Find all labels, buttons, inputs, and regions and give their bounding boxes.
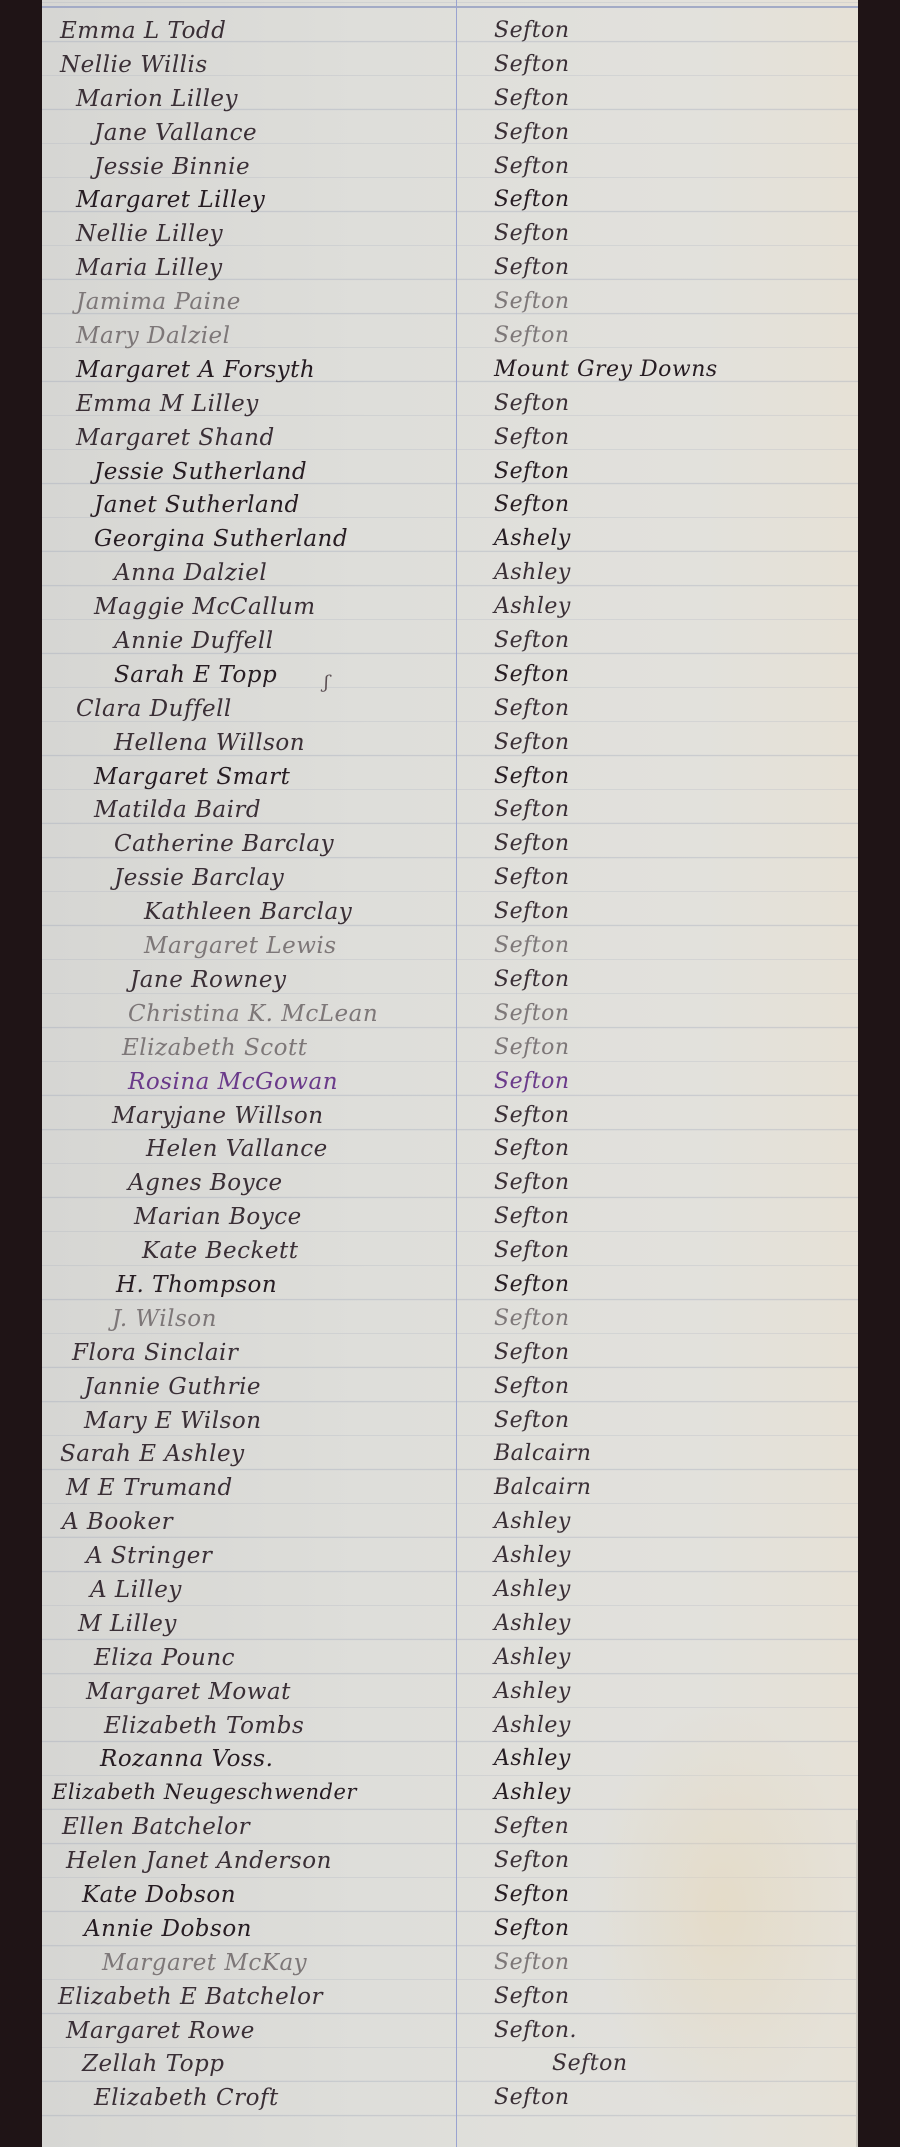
entry-name: Sarah E Ashley [60, 1441, 440, 1467]
entry-row: Georgina SutherlandAshely [42, 522, 858, 556]
entry-place: Ashley [494, 1577, 814, 1602]
entry-row: Emma M LilleySefton [42, 387, 858, 421]
entry-name: Margaret Mowat [86, 1679, 466, 1705]
entry-place: Sefton [494, 1272, 814, 1297]
entry-name: J. Wilson [112, 1306, 492, 1332]
entry-name: A Booker [62, 1509, 442, 1535]
entry-name: A Stringer [86, 1543, 466, 1569]
entry-name: M Lilley [78, 1611, 458, 1637]
entry-name: Kate Beckett [142, 1238, 522, 1264]
entry-row: Kate BeckettSefton [42, 1234, 858, 1268]
entry-place: Sefton [494, 86, 814, 111]
entry-place: Sefton [494, 1340, 814, 1365]
entry-row: Mary DalzielSefton [42, 319, 858, 353]
entry-place: Sefton [494, 1204, 814, 1229]
entry-name: Mary E Wilson [84, 1408, 464, 1434]
entry-name: Elizabeth Neugeschwender [52, 1780, 432, 1804]
entry-place: Sefton [494, 1069, 814, 1094]
entry-place: Sefton [494, 221, 814, 246]
entry-place: Sefton [494, 1950, 814, 1975]
entry-place: Sefton [494, 628, 814, 653]
entry-row: Zellah ToppSefton [42, 2047, 858, 2081]
entry-row: Christina K. McLeanSefton [42, 997, 858, 1031]
entry-place: Mount Grey Downs [494, 357, 814, 382]
entry-place: Sefton [494, 1374, 814, 1399]
entry-row: Elizabeth CroftSefton [42, 2081, 858, 2115]
entry-place: Sefton [494, 1170, 814, 1195]
entry-place: Sefton [494, 797, 814, 822]
entry-row: Elizabeth TombsAshley [42, 1709, 858, 1743]
entry-place: Ashley [494, 1645, 814, 1670]
entry-place: Sefton [494, 52, 814, 77]
entry-name: Jessie Binnie [94, 154, 474, 180]
entry-place: Sefton [494, 2085, 814, 2110]
entry-row: Jane VallanceSefton [42, 116, 858, 150]
entry-row: Ellen BatchelorSeften [42, 1810, 858, 1844]
entry-row: Nellie WillisSefton [42, 48, 858, 82]
entry-place: Sefton [494, 323, 814, 348]
entry-row: Jane RowneySefton [42, 963, 858, 997]
entry-name: Nellie Lilley [76, 221, 456, 247]
entry-row: Nellie LilleySefton [42, 217, 858, 251]
entry-name: Jamima Paine [76, 289, 456, 315]
entry-place: Sefton [494, 967, 814, 992]
entry-name: Margaret Rowe [66, 2018, 446, 2044]
entry-place: Sefton [494, 289, 814, 314]
entry-place: Ashley [494, 1746, 814, 1771]
top-rule-line [42, 6, 858, 8]
entry-name: A Lilley [90, 1577, 470, 1603]
entry-row: Marion LilleySefton [42, 82, 858, 116]
entry-name: Elizabeth E Batchelor [58, 1984, 438, 2010]
entry-name: Margaret McKay [102, 1950, 482, 1976]
register-page: ʃ Emma L ToddSefton Nellie WillisSefton … [42, 0, 858, 2147]
entry-name: Zellah Topp [82, 2051, 462, 2077]
entry-name: Helen Janet Anderson [66, 1848, 446, 1874]
entry-row: Margaret LilleySefton [42, 183, 858, 217]
entry-place: Ashley [494, 1780, 814, 1805]
entry-name: H. Thompson [116, 1272, 496, 1298]
entry-name: Eliza Pounc [94, 1645, 474, 1671]
entry-list: Emma L ToddSefton Nellie WillisSefton Ma… [42, 14, 858, 2115]
entry-row: Emma L ToddSefton [42, 14, 858, 48]
entry-place: Sefton [494, 1848, 814, 1873]
entry-row: Hellena WillsonSefton [42, 726, 858, 760]
entry-name: Elizabeth Tombs [104, 1713, 484, 1739]
entry-place: Ashely [494, 526, 814, 551]
entry-row: J. WilsonSefton [42, 1302, 858, 1336]
entry-name: Maria Lilley [76, 255, 456, 281]
entry-name: Margaret Shand [76, 425, 456, 451]
entry-row: Marian BoyceSefton [42, 1200, 858, 1234]
entry-name: Christina K. McLean [128, 1001, 508, 1027]
entry-place: Sefton [494, 154, 814, 179]
entry-name: Elizabeth Scott [122, 1035, 502, 1061]
entry-row: Maria LilleySefton [42, 251, 858, 285]
entry-row: Elizabeth E BatchelorSefton [42, 1980, 858, 2014]
entry-row: Jessie BarclaySefton [42, 861, 858, 895]
entry-row: H. ThompsonSefton [42, 1268, 858, 1302]
entry-row: Margaret LewisSefton [42, 929, 858, 963]
entry-name: Jessie Sutherland [94, 459, 474, 485]
entry-row: Jessie SutherlandSefton [42, 455, 858, 489]
entry-place: Sefton [494, 899, 814, 924]
entry-place: Sefton [552, 2051, 872, 2076]
entry-row: M LilleyAshley [42, 1607, 858, 1641]
entry-place: Sefton [494, 1916, 814, 1941]
entry-place: Sefton [494, 425, 814, 450]
entry-name: Hellena Willson [114, 730, 494, 756]
entry-name: M E Trumand [66, 1475, 446, 1501]
entry-row: Elizabeth ScottSefton [42, 1031, 858, 1065]
entry-row: Margaret SmartSefton [42, 760, 858, 794]
entry-name: Ellen Batchelor [62, 1814, 442, 1840]
entry-place: Sefton [494, 492, 814, 517]
entry-place: Sefton [494, 1103, 814, 1128]
entry-row: Helen Janet AndersonSefton [42, 1844, 858, 1878]
entry-name: Maryjane Willson [112, 1103, 492, 1129]
entry-place: Balcairn [494, 1475, 814, 1500]
entry-name: Sarah E Topp [114, 662, 494, 688]
entry-name: Catherine Barclay [114, 831, 494, 857]
entry-row: Flora SinclairSefton [42, 1336, 858, 1370]
entry-row: Jamima PaineSefton [42, 285, 858, 319]
entry-place: Sefton. [494, 2018, 814, 2043]
entry-row: Maggie McCallumAshley [42, 590, 858, 624]
entry-name: Anna Dalziel [114, 560, 494, 586]
entry-row: Margaret ShandSefton [42, 421, 858, 455]
entry-name: Margaret Lewis [144, 933, 524, 959]
entry-name: Nellie Willis [60, 52, 440, 78]
entry-place: Sefton [494, 1306, 814, 1331]
entry-place: Sefton [494, 1136, 814, 1161]
entry-place: Balcairn [494, 1441, 814, 1466]
entry-row: Kate DobsonSefton [42, 1878, 858, 1912]
entry-place: Ashley [494, 1543, 814, 1568]
entry-row: Elizabeth NeugeschwenderAshley [42, 1776, 858, 1810]
entry-name: Margaret Lilley [76, 187, 456, 213]
entry-place: Sefton [494, 730, 814, 755]
entry-name: Kate Dobson [82, 1882, 462, 1908]
entry-name: Flora Sinclair [72, 1340, 452, 1366]
entry-place: Seften [494, 1814, 814, 1839]
entry-row: Annie DuffellSefton [42, 624, 858, 658]
entry-name: Emma L Todd [60, 18, 440, 44]
entry-name: Emma M Lilley [76, 391, 456, 417]
entry-row: Rozanna Voss.Ashley [42, 1742, 858, 1776]
entry-place: Sefton [494, 764, 814, 789]
entry-row: Jannie GuthrieSefton [42, 1370, 858, 1404]
entry-place: Sefton [494, 120, 814, 145]
entry-row: Maryjane WillsonSefton [42, 1099, 858, 1133]
entry-name: Jessie Barclay [114, 865, 494, 891]
entry-place: Sefton [494, 18, 814, 43]
entry-place: Sefton [494, 459, 814, 484]
entry-row: A BookerAshley [42, 1505, 858, 1539]
entry-row: Margaret RoweSefton. [42, 2014, 858, 2048]
entry-row: Sarah E AshleyBalcairn [42, 1437, 858, 1471]
entry-row: Clara DuffellSefton [42, 692, 858, 726]
entry-name: Helen Vallance [146, 1136, 526, 1162]
entry-place: Sefton [494, 255, 814, 280]
entry-place: Ashley [494, 594, 814, 619]
entry-place: Sefton [494, 696, 814, 721]
entry-name: Agnes Boyce [128, 1170, 508, 1196]
entry-place: Sefton [494, 391, 814, 416]
entry-name: Georgina Sutherland [94, 526, 474, 552]
entry-place: Sefton [494, 933, 814, 958]
entry-row: Rosina McGowanSefton [42, 1065, 858, 1099]
entry-row: M E TrumandBalcairn [42, 1471, 858, 1505]
entry-row: Helen VallanceSefton [42, 1132, 858, 1166]
entry-row: A LilleyAshley [42, 1573, 858, 1607]
entry-row: Matilda BairdSefton [42, 793, 858, 827]
entry-place: Sefton [494, 865, 814, 890]
entry-place: Sefton [494, 1001, 814, 1026]
entry-row: Margaret MowatAshley [42, 1675, 858, 1709]
entry-place: Ashley [494, 560, 814, 585]
entry-row: Sarah E ToppSefton [42, 658, 858, 692]
entry-name: Marion Lilley [76, 86, 456, 112]
entry-row: Janet SutherlandSefton [42, 488, 858, 522]
entry-place: Ashley [494, 1509, 814, 1534]
entry-name: Elizabeth Croft [94, 2085, 474, 2111]
entry-name: Clara Duffell [76, 696, 456, 722]
entry-name: Jane Rowney [130, 967, 510, 993]
entry-row: Margaret McKaySefton [42, 1946, 858, 1980]
entry-place: Sefton [494, 1035, 814, 1060]
entry-place: Sefton [494, 1238, 814, 1263]
entry-row: Margaret A ForsythMount Grey Downs [42, 353, 858, 387]
entry-row: Annie DobsonSefton [42, 1912, 858, 1946]
entry-place: Sefton [494, 831, 814, 856]
entry-place: Sefton [494, 1882, 814, 1907]
entry-place: Sefton [494, 1984, 814, 2009]
entry-name: Janet Sutherland [94, 492, 474, 518]
entry-name: Jannie Guthrie [84, 1374, 464, 1400]
entry-name: Margaret Smart [94, 764, 474, 790]
entry-place: Sefton [494, 1408, 814, 1433]
entry-name: Jane Vallance [94, 120, 474, 146]
entry-row: Kathleen BarclaySefton [42, 895, 858, 929]
entry-place: Sefton [494, 662, 814, 687]
entry-place: Ashley [494, 1713, 814, 1738]
entry-row: Mary E WilsonSefton [42, 1404, 858, 1438]
entry-name: Marian Boyce [134, 1204, 514, 1230]
entry-row: Agnes BoyceSefton [42, 1166, 858, 1200]
entry-row: Jessie BinnieSefton [42, 150, 858, 184]
entry-name: Mary Dalziel [76, 323, 456, 349]
entry-name: Margaret A Forsyth [76, 357, 456, 383]
entry-name: Kathleen Barclay [144, 899, 524, 925]
entry-row: Catherine BarclaySefton [42, 827, 858, 861]
entry-name: Annie Dobson [84, 1916, 464, 1942]
entry-place: Ashley [494, 1611, 814, 1636]
entry-row: Anna DalzielAshley [42, 556, 858, 590]
entry-place: Ashley [494, 1679, 814, 1704]
entry-name: Maggie McCallum [94, 594, 474, 620]
entry-name: Rosina McGowan [128, 1069, 508, 1095]
entry-row: A StringerAshley [42, 1539, 858, 1573]
entry-row: Eliza PouncAshley [42, 1641, 858, 1675]
entry-name: Rozanna Voss. [100, 1746, 480, 1772]
entry-name: Annie Duffell [114, 628, 494, 654]
entry-name: Matilda Baird [94, 797, 474, 823]
entry-place: Sefton [494, 187, 814, 212]
